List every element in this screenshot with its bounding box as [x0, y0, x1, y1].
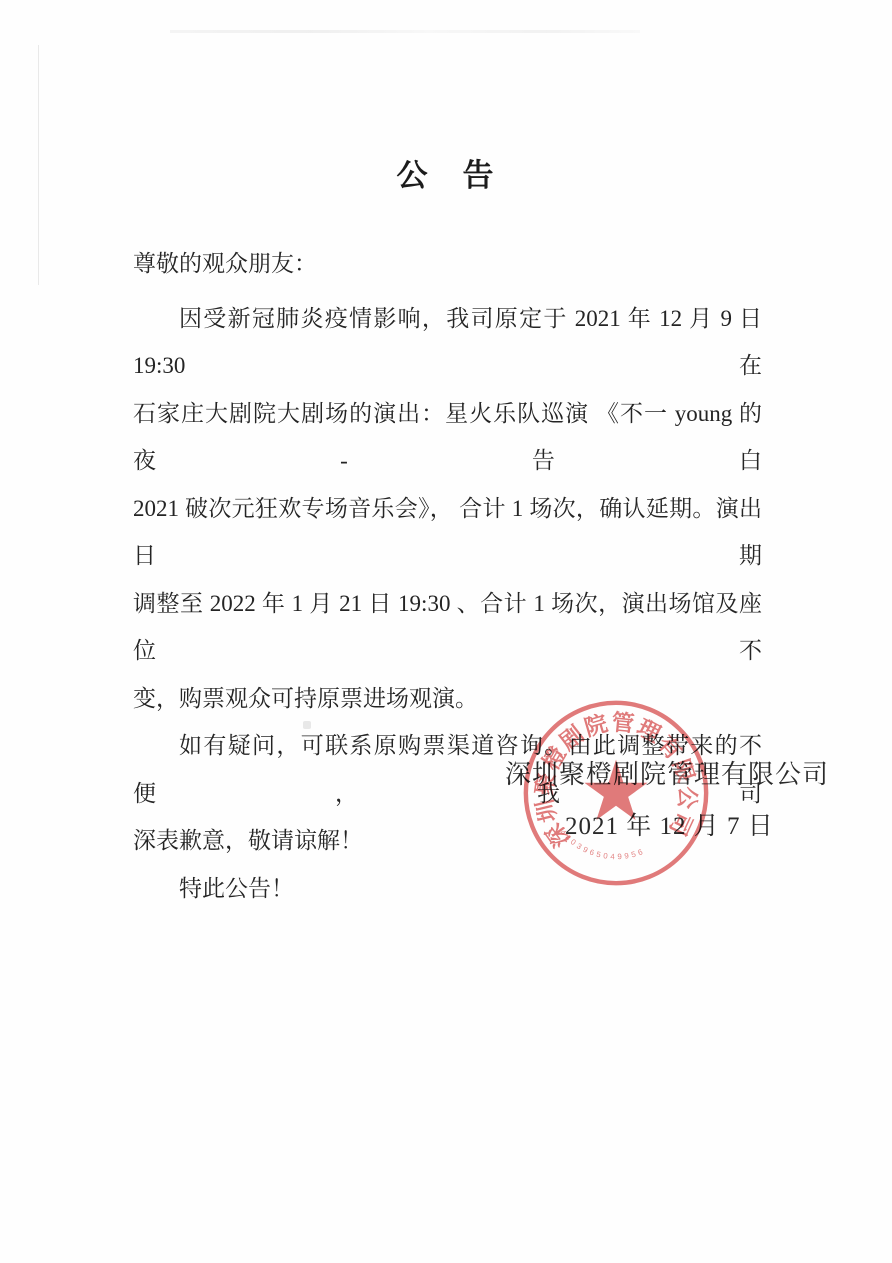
body-line: 2021 破次元狂欢专场音乐会》， 合计 1 场次，确认延期。演出日期 — [133, 485, 762, 580]
scan-artifact-top — [170, 30, 640, 33]
company-seal-stamp: 深圳聚橙剧院管理有限公司 4403965049956 — [518, 695, 714, 891]
salutation: 尊敬的观众朋友： — [133, 240, 762, 288]
paragraph-1: 因受新冠肺炎疫情影响，我司原定于 2021 年 12 月 9 日 19:30 在… — [133, 295, 762, 723]
page-title: 公 告 — [0, 150, 892, 195]
body-line: 调整至 2022 年 1 月 21 日 19:30 、合计 1 场次，演出场馆及… — [133, 580, 762, 675]
body-line: 石家庄大剧院大剧场的演出：星火乐队巡演 《不一 young 的夜-告白 — [133, 390, 762, 485]
announcement-page: 公 告 尊敬的观众朋友： 因受新冠肺炎疫情影响，我司原定于 2021 年 12 … — [0, 0, 892, 1263]
body-line: 因受新冠肺炎疫情影响，我司原定于 2021 年 12 月 9 日 19:30 在 — [133, 295, 762, 390]
seal-star-icon — [584, 760, 647, 820]
